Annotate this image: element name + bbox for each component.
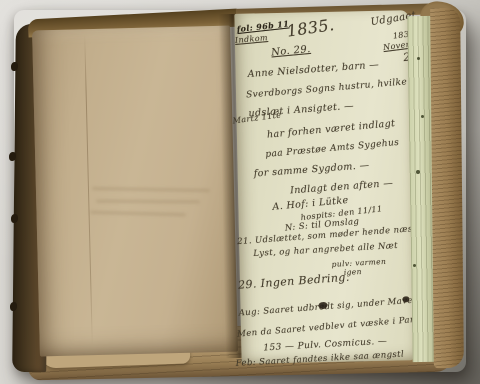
cover-wear-nub: [11, 214, 18, 223]
handwriting-line: Sverdborgs Sogns hustru, hvilke: [246, 77, 408, 100]
fore-edge-deckle: [430, 8, 464, 368]
cover-wear-nub: [11, 62, 18, 71]
handwriting-line: for samme Sygdom. —: [253, 160, 369, 179]
ink-speck: [416, 170, 420, 174]
admission-note: Indkom: [235, 33, 269, 45]
folio-note: fol: 96b 11: [236, 18, 289, 34]
cover-wear-nub: [10, 302, 17, 311]
handwriting-line: 29. Ingen Bedring.: [238, 271, 350, 292]
handwriting-line: Indlagt den aften —: [290, 178, 394, 197]
ink-speck: [413, 264, 416, 267]
case-number: No. 29.: [271, 44, 311, 59]
handwriting-line: paa Præstøe Amts Sygehus: [265, 138, 400, 160]
photo-scene: fol: 96b 11 Indkom 1835. Udgaaet 1836 No…: [0, 0, 480, 384]
handwriting-line: udslæt i Ansigtet. —: [248, 101, 354, 120]
handwriting-line: Aug: Saaret udbredt sig, under Maven: [238, 295, 419, 318]
handwriting-line: Anne Nielsdotter, barn —: [247, 59, 379, 80]
year-heading: 1835.: [286, 15, 336, 41]
handwriting-line: Men da Saaret vedblev at væske i Pand.: [237, 314, 425, 339]
cover-wear-nub: [9, 152, 16, 161]
ink-speck: [417, 57, 420, 60]
handwriting-line: har forhen været indlagt: [267, 118, 396, 141]
ink-speck: [421, 115, 424, 118]
handwriting-layer: fol: 96b 11 Indkom 1835. Udgaaet 1836 No…: [234, 10, 415, 364]
right-page-manuscript: fol: 96b 11 Indkom 1835. Udgaaet 1836 No…: [234, 10, 415, 364]
